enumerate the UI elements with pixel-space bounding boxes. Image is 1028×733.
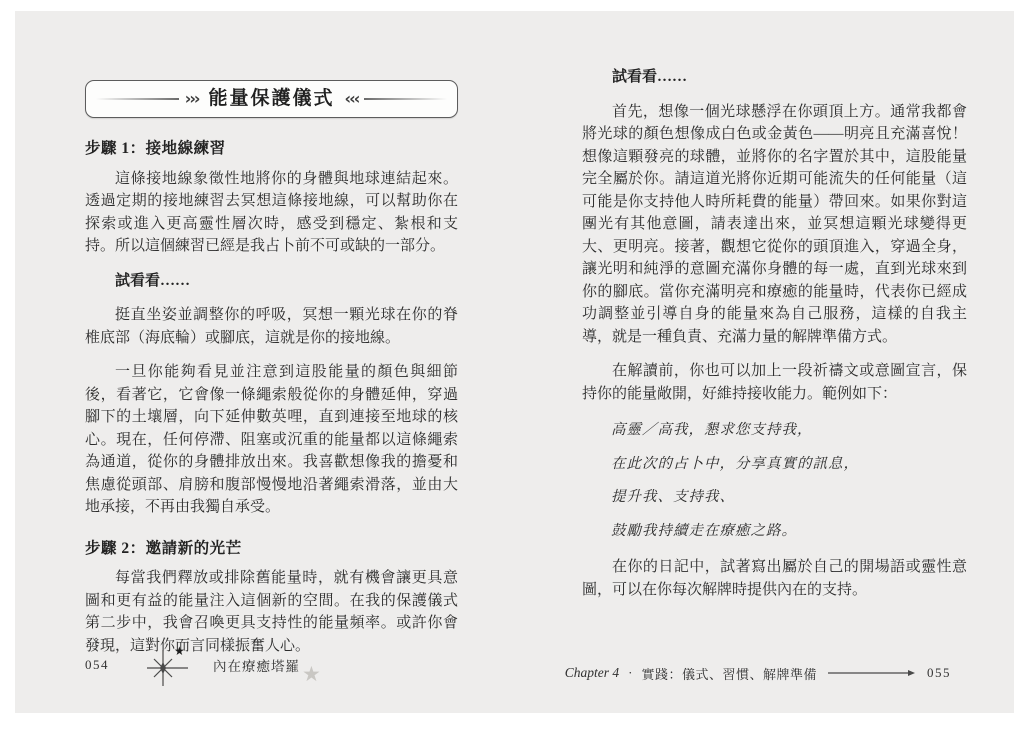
banner-rule-right xyxy=(364,98,447,100)
verse-line: 在此次的占卜中，分享真實的訊息， xyxy=(582,453,967,476)
burst-core xyxy=(160,662,166,674)
right-page-number: 055 xyxy=(927,665,951,681)
try-it-paragraph-2: 一旦你能夠看見並注意到這股能量的顏色與細節後，看著它，它會像一條繩索般從你的身體… xyxy=(85,361,458,519)
chapter-label: Chapter 4 xyxy=(565,665,619,681)
starburst-icon: ★ xyxy=(147,642,205,688)
step1-heading: 步驟 1：接地線練習 xyxy=(85,138,458,161)
step2-heading: 步驟 2：邀請新的光芒 xyxy=(85,538,458,561)
verse-line: 提升我、支持我、 xyxy=(582,486,967,509)
gray-star-icon: ★ xyxy=(302,664,321,685)
chapter-title: 實踐：儀式、習慣、解牌準備 xyxy=(641,664,817,683)
left-page: ››› 能量保護儀式 ‹‹‹ 步驟 1：接地線練習 這條接地線象徵性地將你的身體… xyxy=(85,80,458,669)
book-title: 內在療癒塔羅 xyxy=(213,655,300,675)
step1-paragraph: 這條接地線象徵性地將你的身體與地球連結起來。透過定期的接地練習去冥想這條接地線，… xyxy=(85,168,458,258)
journal-paragraph: 在你的日記中，試著寫出屬於自己的開場語或靈性意圖，可以在你每次解牌時提供內在的支… xyxy=(582,556,967,601)
chapter-separator: · xyxy=(628,665,632,681)
step2-paragraph: 每當我們釋放或排除舊能量時，就有機會讓更具意圖和更有益的能量注入這個新的空間。在… xyxy=(85,567,458,657)
prayer-intro-paragraph: 在解讀前，你也可以加上一段祈禱文或意圖宣言，保持你的能量敞開，好維持接收能力。範… xyxy=(582,360,967,405)
small-black-star-icon: ★ xyxy=(174,644,185,658)
try-it-paragraph-1: 挺直坐姿並調整你的呼吸，冥想一顆光球在你的脊椎底部（海底輪）或腳底，這就是你的接… xyxy=(85,304,458,349)
book-spread: ››› 能量保護儀式 ‹‹‹ 步驟 1：接地線練習 這條接地線象徵性地將你的身體… xyxy=(0,0,1028,733)
banner-rule-left xyxy=(96,98,179,100)
try-it-heading-right: 試看看…… xyxy=(582,66,967,89)
right-page: 試看看…… 首先，想像一個光球懸浮在你頭頂上方。通常我都會將光球的顏色想像成白色… xyxy=(582,66,967,613)
left-page-footer: 054 ★ 內在療癒塔羅 ★ xyxy=(85,645,321,685)
right-page-footer: Chapter 4 · 實踐：儀式、習慣、解牌準備 055 xyxy=(565,663,951,683)
try-it-heading-left: 試看看…… xyxy=(85,270,458,293)
verse-line: 高靈／高我，懇求您支持我， xyxy=(582,419,967,442)
footer-arrow-line-icon xyxy=(826,669,918,677)
visualization-paragraph: 首先，想像一個光球懸浮在你頭頂上方。通常我都會將光球的顏色想像成白色或金黃色——… xyxy=(582,101,967,349)
section-title-banner: ››› 能量保護儀式 ‹‹‹ xyxy=(85,80,458,118)
verse-line: 鼓勵我持續走在療癒之路。 xyxy=(582,520,967,543)
prayer-verse: 高靈／高我，懇求您支持我， 在此次的占卜中，分享真實的訊息， 提升我、支持我、 … xyxy=(582,419,967,542)
chevron-right-ornament-icon: ››› xyxy=(179,91,205,107)
section-title: 能量保護儀式 xyxy=(205,88,339,111)
scanned-page-background: ››› 能量保護儀式 ‹‹‹ 步驟 1：接地線練習 這條接地線象徵性地將你的身體… xyxy=(15,11,1014,713)
left-page-number: 054 xyxy=(85,657,109,673)
chevron-left-ornament-icon: ‹‹‹ xyxy=(339,91,365,107)
